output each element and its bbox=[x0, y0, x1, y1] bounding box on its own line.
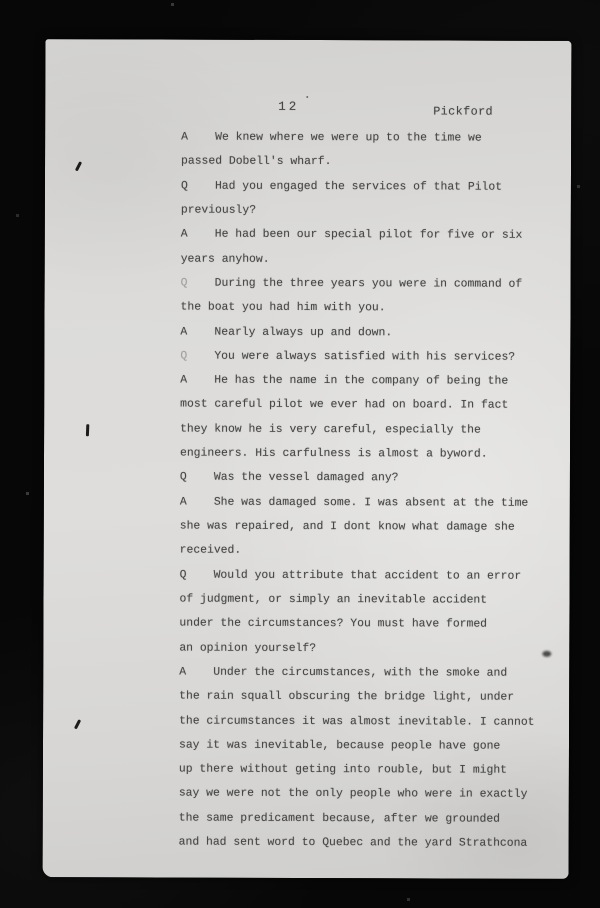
line-text: She was damaged some. I was absent at th… bbox=[214, 490, 529, 515]
transcript-line: A Under the circumstances, with the smok… bbox=[179, 660, 581, 686]
transcript-line: A We knew where we were up to the time w… bbox=[181, 126, 583, 152]
line-text: Nearly always up and down. bbox=[214, 320, 392, 345]
line-text: Had you engaged the services of that Pil… bbox=[215, 174, 502, 199]
line-text: most careful pilot we ever had on board.… bbox=[180, 393, 508, 418]
transcript-line: she was repaired, and I dont know what d… bbox=[180, 515, 582, 541]
transcript-line: up there without geting into rouble, but… bbox=[179, 758, 581, 784]
line-text: they know he is very careful, especially… bbox=[180, 417, 481, 442]
document-page: 12 Pickford A We knew where we were up t… bbox=[43, 39, 572, 879]
scan-backdrop: 12 Pickford A We knew where we were up t… bbox=[0, 0, 600, 908]
transcript-line: under the circumstances? You must have f… bbox=[179, 612, 581, 638]
line-text: Under the circumstances, with the smoke … bbox=[213, 661, 507, 686]
transcript-line: passed Dobell's wharf. bbox=[181, 150, 583, 176]
pen-dash-icon bbox=[86, 424, 89, 436]
line-text: received. bbox=[180, 539, 242, 564]
line-text: the rain squall obscuring the bridge lig… bbox=[179, 685, 514, 710]
transcript-line: A Nearly always up and down. bbox=[180, 320, 582, 346]
page-number: 12 bbox=[278, 100, 299, 114]
transcript-line: Q You were always satisfied with his ser… bbox=[180, 344, 582, 370]
line-text: passed Dobell's wharf. bbox=[181, 150, 331, 175]
line-text: of judgment, or simply an inevitable acc… bbox=[179, 587, 487, 612]
transcript-line: of judgment, or simply an inevitable acc… bbox=[179, 587, 581, 613]
line-text: We knew where we were up to the time we bbox=[215, 126, 482, 151]
transcript-line: Q Would you attribute that accident to a… bbox=[180, 563, 582, 589]
transcript-line: the rain squall obscuring the bridge lig… bbox=[179, 685, 581, 711]
film-grain-speckles bbox=[0, 0, 1, 1]
speaker-marker: A bbox=[181, 126, 215, 150]
transcript-line: previously? bbox=[181, 198, 583, 224]
line-text: He has the name in the company of being … bbox=[214, 369, 508, 394]
line-text: say it was inevitable, because people ha… bbox=[179, 733, 500, 758]
line-text: she was repaired, and I dont know what d… bbox=[180, 515, 515, 540]
line-text: say we were not the only people who were… bbox=[179, 782, 528, 808]
speaker-marker: A bbox=[181, 223, 215, 247]
line-text: Was the vessel damaged any? bbox=[214, 466, 399, 491]
transcript-line: years anyhow. bbox=[181, 247, 583, 273]
pen-tick-icon bbox=[75, 161, 82, 171]
transcript-line: say it was inevitable, because people ha… bbox=[179, 733, 581, 759]
pen-tick-icon bbox=[74, 719, 81, 729]
line-text: He had been our special pilot for five o… bbox=[215, 223, 523, 248]
line-text: an opinion yourself? bbox=[179, 636, 316, 661]
speaker-marker: Q bbox=[180, 563, 214, 587]
transcript-line: engineers. His carfulness is almost a by… bbox=[180, 442, 582, 468]
speaker-marker: Q bbox=[180, 344, 214, 368]
transcript-line: an opinion yourself? bbox=[179, 636, 581, 662]
line-text: years anyhow. bbox=[181, 247, 270, 272]
line-text: the boat you had him with you. bbox=[180, 296, 385, 321]
transcript-line: the boat you had him with you. bbox=[180, 296, 582, 322]
ink-smudge bbox=[542, 651, 551, 657]
line-text: the circumstances it was almost inevitab… bbox=[179, 709, 535, 735]
speaker-marker: Q bbox=[181, 174, 215, 198]
transcript-line: received. bbox=[180, 539, 582, 565]
transcript-line: say we were not the only people who were… bbox=[179, 782, 581, 808]
line-text: You were always satisfied with his servi… bbox=[214, 344, 515, 369]
speaker-marker: A bbox=[180, 490, 214, 514]
line-text: During the three years you were in comma… bbox=[215, 272, 523, 297]
witness-name: Pickford bbox=[433, 104, 493, 118]
transcript-line: Q During the three years you were in com… bbox=[181, 271, 583, 297]
speaker-marker: Q bbox=[180, 466, 214, 490]
line-text: the same predicament because, after we g… bbox=[179, 806, 500, 831]
line-text: Would you attribute that accident to an … bbox=[214, 563, 522, 588]
speaker-marker: A bbox=[179, 660, 213, 684]
transcript-body: A We knew where we were up to the time w… bbox=[179, 126, 584, 857]
line-text: engineers. His carfulness is almost a by… bbox=[180, 442, 488, 467]
transcript-line: most careful pilot we ever had on board.… bbox=[180, 393, 582, 419]
line-text: previously? bbox=[181, 198, 256, 223]
transcript-line: Q Had you engaged the services of that P… bbox=[181, 174, 583, 200]
line-text: and had sent word to Quebec and the yard… bbox=[179, 831, 528, 857]
speaker-marker: A bbox=[180, 320, 214, 344]
transcript-line: and had sent word to Quebec and the yard… bbox=[179, 831, 581, 857]
transcript-line: A He has the name in the company of bein… bbox=[180, 369, 582, 395]
transcript-line: Q Was the vessel damaged any? bbox=[180, 466, 582, 492]
speaker-marker: Q bbox=[181, 271, 215, 295]
transcript-line: they know he is very careful, especially… bbox=[180, 417, 582, 443]
transcript-line: the same predicament because, after we g… bbox=[179, 806, 581, 832]
line-text: up there without geting into rouble, but… bbox=[179, 758, 507, 783]
transcript-line: A He had been our special pilot for five… bbox=[181, 223, 583, 249]
line-text: under the circumstances? You must have f… bbox=[179, 612, 487, 637]
transcript-line: A She was damaged some. I was absent at … bbox=[180, 490, 582, 516]
ink-speck bbox=[306, 96, 308, 98]
transcript-line: the circumstances it was almost inevitab… bbox=[179, 709, 581, 735]
speaker-marker: A bbox=[180, 369, 214, 393]
